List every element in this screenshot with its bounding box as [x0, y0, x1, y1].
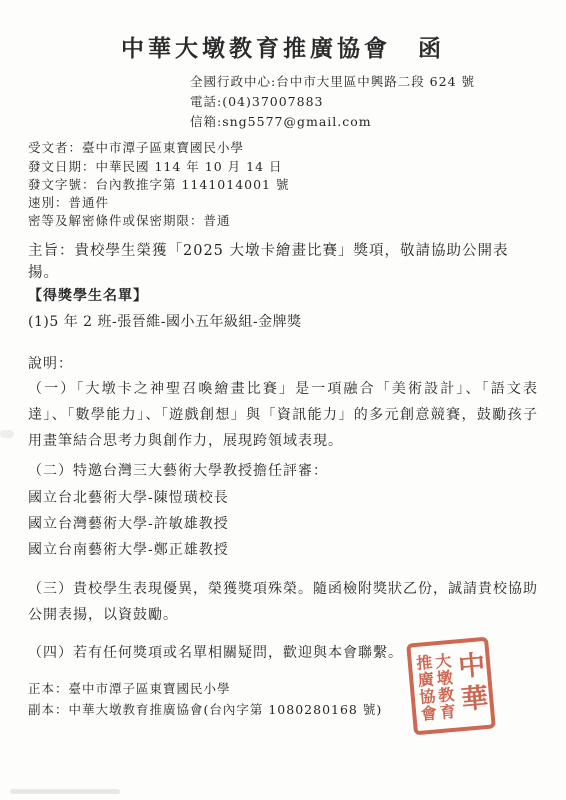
- meta-doc-number: 發文字號：台內教推字第 1141014001 號: [28, 176, 566, 194]
- letterhead-address: 全國行政中心:台中市大里區中興路二段 624 號: [190, 72, 566, 92]
- seal-border: 中華 大墩教育 推廣協會: [406, 637, 496, 736]
- document-title: 中華大墩教育推廣協會 函: [0, 0, 566, 64]
- distribution-original: 正本：臺中市潭子區東寶國民小學: [28, 678, 382, 699]
- meta-security: 密等及解密條件或保密期限：普通: [28, 212, 566, 230]
- explanation-para-2: （二）特邀台灣三大藝術大學教授擔任評審：: [28, 458, 538, 484]
- judge-item: 國立台灣藝術大學-許敏雄教授: [28, 512, 538, 536]
- letter-page: 中華大墩教育推廣協會 函 全國行政中心:台中市大里區中興路二段 624 號 電話…: [0, 0, 566, 800]
- scan-artifact: [0, 430, 14, 438]
- explanation-para-1: （一）「大墩卡之神聖召喚繪畫比賽」是一項融合「美術設計」、「語文表達」、「數學能…: [28, 376, 538, 454]
- document-meta: 受文者：臺中市潭子區東寶國民小學 發文日期：中華民國 114 年 10 月 14…: [28, 138, 566, 230]
- letterhead-phone: 電話:(04)37007883: [190, 92, 566, 112]
- explanation-para-3: （三）貴校學生表現優異，榮獲獎項殊榮。隨函檢附獎狀乙份，誠請貴校協助公開表揚，以…: [28, 576, 538, 628]
- explanation-heading: 說明：: [28, 354, 538, 374]
- association-seal-stamp: 中華 大墩教育 推廣協會: [406, 637, 496, 736]
- meta-date: 發文日期：中華民國 114 年 10 月 14 日: [28, 158, 566, 176]
- scan-artifact: [10, 789, 120, 794]
- winners-heading: 【得獎學生名單】: [28, 286, 538, 306]
- meta-speed: 速別：普通件: [28, 194, 566, 212]
- distribution-block: 正本：臺中市潭子區東寶國民小學 副本：中華大墩教育推廣協會(台內字第 10802…: [28, 678, 382, 720]
- letterhead-contact: 全國行政中心:台中市大里區中興路二段 624 號 電話:(04)37007883…: [190, 72, 566, 132]
- judge-item: 國立台南藝術大學-鄭正雄教授: [28, 538, 538, 562]
- distribution-copy: 副本：中華大墩教育推廣協會(台內字第 1080280168 號): [28, 699, 382, 720]
- subject-line: 主旨：貴校學生榮獲「2025 大墩卡繪畫比賽」獎項，敬請協助公開表揚。: [28, 240, 538, 284]
- letterhead-email: 信箱:sng5577@gmail.com: [190, 112, 566, 132]
- meta-recipient: 受文者：臺中市潭子區東寶國民小學: [28, 138, 566, 158]
- judge-item: 國立台北藝術大學-陳愷璜校長: [28, 486, 538, 510]
- winner-item: (1)5 年 2 班-張晉維-國小五年級組-金牌獎: [28, 312, 538, 332]
